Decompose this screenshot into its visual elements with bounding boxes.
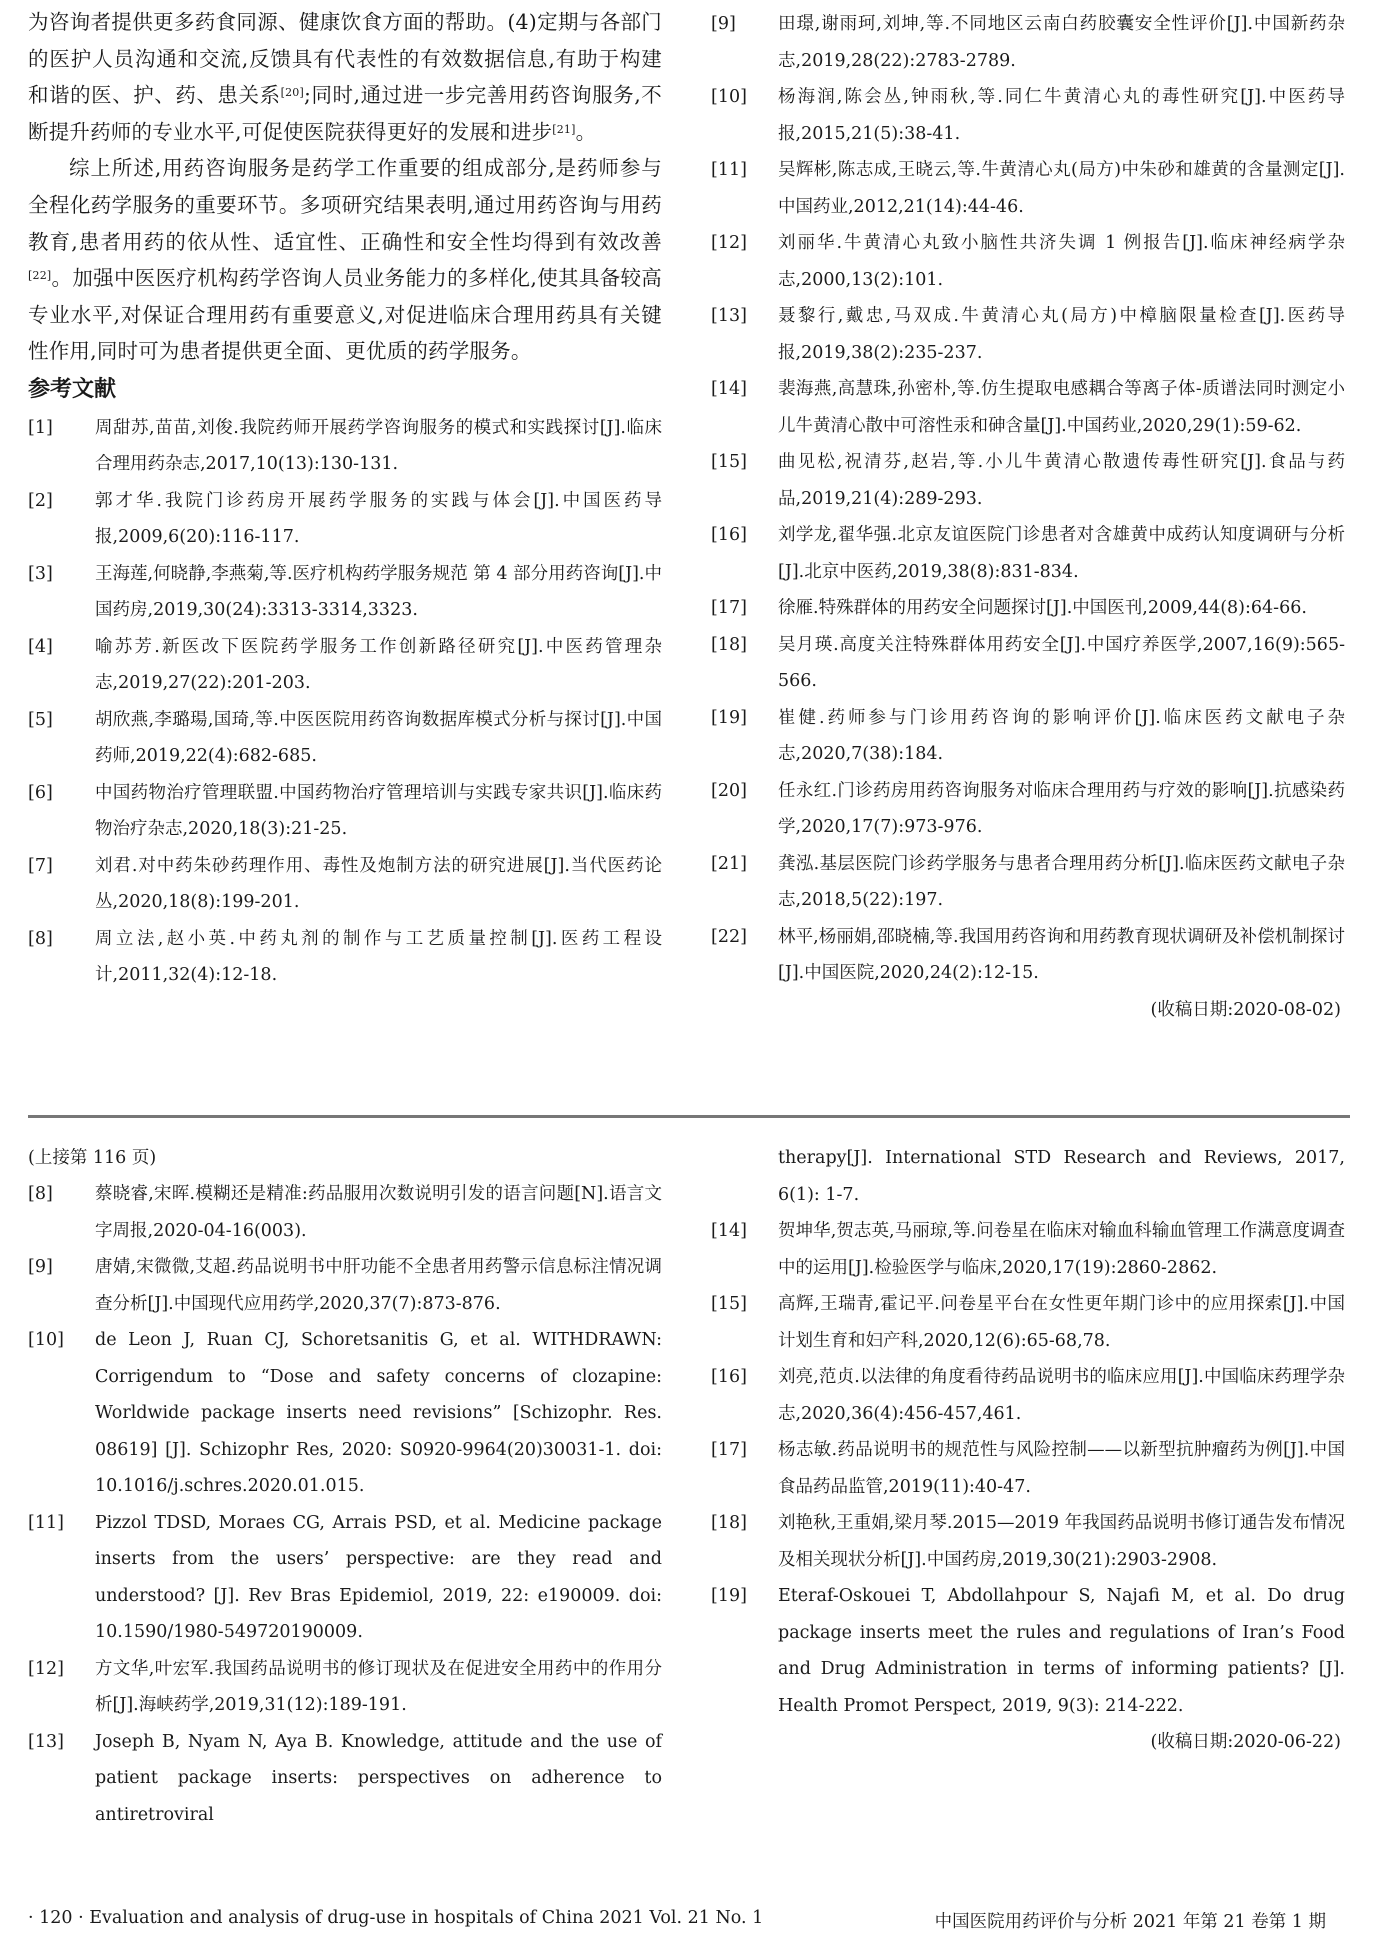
reference-item: [18]吴月瑛.高度关注特殊群体用药安全[J].中国疗养医学,2007,16(9… [711,627,1345,700]
footer-journal-chinese: 中国医院用药评价与分析 2021 年第 21 卷第 1 期 [935,1908,1350,1933]
reference-item: [4]喻苏芳.新医改下医院药学服务工作创新路径研究[J].中医药管理杂志,201… [28,629,662,702]
continued-from-note: (上接第 116 页) [28,1140,662,1176]
reference-item: [7]刘君.对中药朱砂药理作用、毒性及炮制方法的研究进展[J].当代医药论丛,2… [28,848,662,921]
citation-21[interactable]: [21] [552,123,575,136]
body-paragraph-2: 综上所述,用药咨询服务是药学工作重要的组成部分,是药师参与全程化药学服务的重要环… [28,150,662,370]
reference-item: [17]徐雁.特殊群体的用药安全问题探讨[J].中国医刊,2009,44(8):… [711,590,1345,627]
reference-item: [17]杨志敏.药品说明书的规范性与风险控制——以新型抗肿瘤药为例[J].中国食… [711,1432,1345,1505]
reference-item: [8]蔡晓睿,宋晖.模糊还是精准:药品服用次数说明引发的语言问题[N].语言文字… [28,1176,662,1249]
reference-item: [20]任永红.门诊药房用药咨询服务对临床合理用药与疗效的影响[J].抗感染药学… [711,773,1345,846]
reference-item: [11]Pizzol TDSD, Moraes CG, Arrais PSD, … [28,1505,662,1651]
reference-item: [2]郭才华.我院门诊药房开展药学服务的实践与体会[J].中国医药导报,2009… [28,483,662,556]
reference-item: [16]刘亮,范贞.以法律的角度看待药品说明书的临床应用[J].中国临床药理学杂… [711,1359,1345,1432]
reference-item: [14]裴海燕,高慧珠,孙密朴,等.仿生提取电感耦合等离子体-质谱法同时测定小儿… [711,371,1345,444]
reference-item: [14]贺坤华,贺志英,马丽琼,等.问卷星在临床对输血科输血管理工作满意度调查中… [711,1213,1345,1286]
citation-20[interactable]: [20] [281,86,304,99]
reference-item: [19]崔健.药师参与门诊用药咨询的影响评价[J].临床医药文献电子杂志,202… [711,700,1345,773]
lower-left-column: (上接第 116 页) [8]蔡晓睿,宋晖.模糊还是精准:药品服用次数说明引发的… [28,1140,662,1833]
reference-item: [9]田璟,谢雨珂,刘坤,等.不同地区云南白药胶囊安全性评价[J].中国新药杂志… [711,6,1345,79]
reference-item: [9]唐婧,宋微微,艾超.药品说明书中肝功能不全患者用药警示信息标注情况调查分析… [28,1249,662,1322]
reference-item: [6]中国药物治疗管理联盟.中国药物治疗管理培训与实践专家共识[J].临床药物治… [28,775,662,848]
reference-item: [18]刘艳秋,王重娟,梁月琴.2015—2019 年我国药品说明书修订通告发布… [711,1505,1345,1578]
reference-item: [12]方文华,叶宏军.我国药品说明书的修订现状及在促进安全用药中的作用分析[J… [28,1651,662,1724]
reference-item: [1]周甜苏,苗苗,刘俊.我院药师开展药学咨询服务的模式和实践探讨[J].临床合… [28,410,662,483]
reference-item: [13]聂黎行,戴忠,马双成.牛黄清心丸(局方)中樟脑限量检查[J].医药导报,… [711,298,1345,371]
section-divider [28,1115,1350,1118]
upper-right-column: [9]田璟,谢雨珂,刘坤,等.不同地区云南白药胶囊安全性评价[J].中国新药杂志… [711,6,1345,1028]
reference-item: [16]刘学龙,翟华强.北京友谊医院门诊患者对含雄黄中成药认知度调研与分析[J]… [711,517,1345,590]
reference-item: [12]刘丽华.牛黄清心丸致小脑性共济失调 1 例报告[J].临床神经病学杂志,… [711,225,1345,298]
reference-item: [15]曲见松,祝清芬,赵岩,等.小儿牛黄清心散遗传毒性研究[J].食品与药品,… [711,444,1345,517]
reference-item: [11]吴辉彬,陈志成,王晓云,等.牛黄清心丸(局方)中朱砂和雄黄的含量测定[J… [711,152,1345,225]
reference-item: [8]周立法,赵小英.中药丸剂的制作与工艺质量控制[J].医药工程设计,2011… [28,921,662,994]
reference-item: [13]Joseph B, Nyam N, Aya B. Knowledge, … [28,1724,662,1834]
reference-list: [1]周甜苏,苗苗,刘俊.我院药师开展药学咨询服务的模式和实践探讨[J].临床合… [28,410,662,994]
reference-item: [3]王海莲,何晓静,李燕菊,等.医疗机构药学服务规范 第 4 部分用药咨询[J… [28,556,662,629]
body-paragraph-1: 为咨询者提供更多药食同源、健康饮食方面的帮助。(4)定期与各部门的医护人员沟通和… [28,4,662,150]
reference-item: [5]胡欣燕,李璐瑒,国琦,等.中医医院用药咨询数据库模式分析与探讨[J].中国… [28,702,662,775]
reference-item: [10]杨海润,陈会丛,钟雨秋,等.同仁牛黄清心丸的毒性研究[J].中医药导报,… [711,79,1345,152]
lower-right-column: therapy[J]. International STD Research a… [711,1140,1345,1760]
footer-journal-english: · 120 · Evaluation and analysis of drug-… [28,1908,763,1933]
citation-22[interactable]: [22] [28,269,51,282]
upper-left-column: 为咨询者提供更多药食同源、健康饮食方面的帮助。(4)定期与各部门的医护人员沟通和… [28,4,662,994]
reference-list: [9]田璟,谢雨珂,刘坤,等.不同地区云南白药胶囊安全性评价[J].中国新药杂志… [711,6,1345,992]
references-heading: 参考文献 [28,374,662,406]
reference-list: [8]蔡晓睿,宋晖.模糊还是精准:药品服用次数说明引发的语言问题[N].语言文字… [28,1176,662,1833]
reference-item: [21]龚泓.基层医院门诊药学服务与患者合理用药分析[J].临床医药文献电子杂志… [711,846,1345,919]
received-date: (收稿日期:2020-08-02) [711,992,1345,1028]
reference-item: [19]Eteraf-Oskouei T, Abdollahpour S, Na… [711,1578,1345,1724]
page-footer: · 120 · Evaluation and analysis of drug-… [28,1908,1350,1933]
received-date: (收稿日期:2020-06-22) [711,1724,1345,1760]
reference-continuation: therapy[J]. International STD Research a… [711,1140,1345,1213]
reference-item: [10]de Leon J, Ruan CJ, Schoretsanitis G… [28,1322,662,1505]
reference-list: [14]贺坤华,贺志英,马丽琼,等.问卷星在临床对输血科输血管理工作满意度调查中… [711,1213,1345,1724]
reference-item: [15]高辉,王瑞青,霍记平.问卷星平台在女性更年期门诊中的应用探索[J].中国… [711,1286,1345,1359]
reference-item: [22]林平,杨丽娟,邵晓楠,等.我国用药咨询和用药教育现状调研及补偿机制探讨[… [711,919,1345,992]
